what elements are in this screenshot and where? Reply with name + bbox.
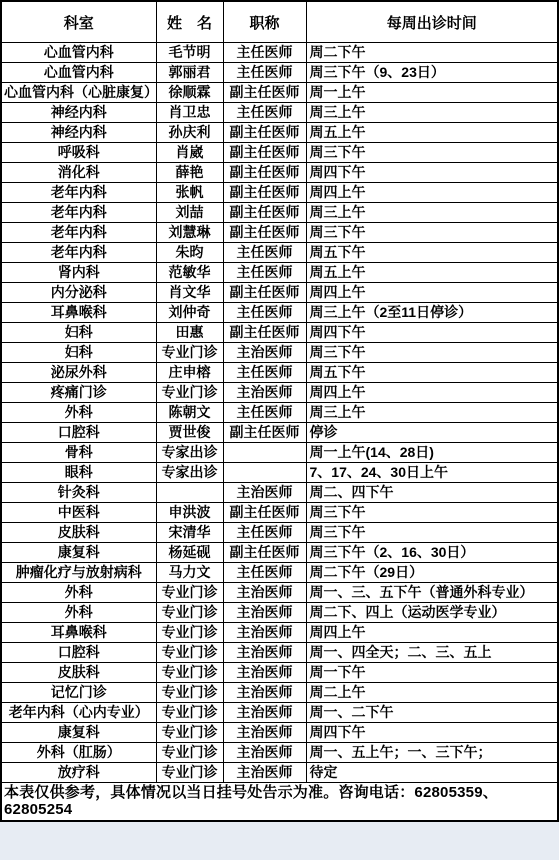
cell-department: 老年内科	[1, 183, 156, 203]
cell-schedule: 周三上午	[306, 103, 558, 123]
cell-schedule: 周三下午	[306, 223, 558, 243]
table-row: 外科（肛肠） 专业门诊 主治医师 周一、五上午；一、三下午；	[1, 743, 558, 763]
cell-title: 主治医师	[223, 343, 306, 363]
cell-schedule: 周一上午(14、28日)	[306, 443, 558, 463]
cell-schedule: 周二、四下午	[306, 483, 558, 503]
table-row: 老年内科 刘慧琳 副主任医师 周三下午	[1, 223, 558, 243]
cell-doctor-name: 专业门诊	[156, 583, 223, 603]
cell-department: 疼痛门诊	[1, 383, 156, 403]
cell-doctor-name: 马力文	[156, 563, 223, 583]
cell-schedule: 周五下午	[306, 243, 558, 263]
cell-title: 主治医师	[223, 703, 306, 723]
cell-department: 心血管内科（心脏康复）	[1, 83, 156, 103]
table-row: 疼痛门诊 专业门诊 主治医师 周四上午	[1, 383, 558, 403]
cell-doctor-name: 专业门诊	[156, 763, 223, 783]
cell-schedule: 周四上午	[306, 623, 558, 643]
cell-title: 副主任医师	[223, 543, 306, 563]
cell-department: 骨科	[1, 443, 156, 463]
table-row: 耳鼻喉科 专业门诊 主治医师 周四上午	[1, 623, 558, 643]
cell-department: 外科（肛肠）	[1, 743, 156, 763]
cell-doctor-name: 徐顺霖	[156, 83, 223, 103]
footer-note: 本表仅供参考，具体情况以当日挂号处告示为准。咨询电话：62805359、6280…	[1, 783, 558, 821]
cell-title: 主治医师	[223, 483, 306, 503]
cell-department: 老年内科（心内专业）	[1, 703, 156, 723]
cell-doctor-name: 专业门诊	[156, 683, 223, 703]
header-schedule: 每周出诊时间	[306, 1, 558, 43]
cell-title: 主治医师	[223, 603, 306, 623]
cell-doctor-name: 申洪波	[156, 503, 223, 523]
cell-department: 耳鼻喉科	[1, 303, 156, 323]
cell-department: 老年内科	[1, 223, 156, 243]
cell-title: 主任医师	[223, 563, 306, 583]
cell-title: 主治医师	[223, 583, 306, 603]
cell-schedule: 7、17、24、30日上午	[306, 463, 558, 483]
cell-department: 口腔科	[1, 643, 156, 663]
table-row: 耳鼻喉科 刘仲奇 主任医师 周三上午（2至11日停诊）	[1, 303, 558, 323]
cell-title: 副主任医师	[223, 223, 306, 243]
cell-schedule: 周二下午	[306, 43, 558, 63]
table-row: 肾内科 范敏华 主任医师 周五上午	[1, 263, 558, 283]
clinic-schedule-page: 科室 姓 名 职称 每周出诊时间 心血管内科 毛节明 主任医师 周二下午 心血管…	[0, 0, 559, 860]
cell-doctor-name: 贾世俊	[156, 423, 223, 443]
table-row: 心血管内科（心脏康复） 徐顺霖 副主任医师 周一上午	[1, 83, 558, 103]
footer-row: 本表仅供参考，具体情况以当日挂号处告示为准。咨询电话：62805359、6280…	[1, 783, 558, 821]
cell-department: 消化科	[1, 163, 156, 183]
cell-doctor-name: 孙庆利	[156, 123, 223, 143]
cell-department: 呼吸科	[1, 143, 156, 163]
table-row: 放疗科 专业门诊 主治医师 待定	[1, 763, 558, 783]
cell-schedule: 周三上午	[306, 203, 558, 223]
cell-schedule: 周三下午	[306, 523, 558, 543]
cell-schedule: 周三下午（9、23日）	[306, 63, 558, 83]
cell-title: 主治医师	[223, 683, 306, 703]
cell-doctor-name: 刘喆	[156, 203, 223, 223]
cell-schedule: 停诊	[306, 423, 558, 443]
table-row: 内分泌科 肖文华 副主任医师 周四上午	[1, 283, 558, 303]
cell-title: 副主任医师	[223, 83, 306, 103]
cell-department: 放疗科	[1, 763, 156, 783]
cell-department: 妇科	[1, 323, 156, 343]
table-row: 神经内科 肖卫忠 主任医师 周三上午	[1, 103, 558, 123]
cell-doctor-name: 肖崴	[156, 143, 223, 163]
cell-doctor-name: 范敏华	[156, 263, 223, 283]
cell-doctor-name: 田惠	[156, 323, 223, 343]
cell-schedule: 周一、五上午；一、三下午；	[306, 743, 558, 763]
cell-department: 康复科	[1, 723, 156, 743]
cell-department: 口腔科	[1, 423, 156, 443]
cell-department: 泌尿外科	[1, 363, 156, 383]
cell-department: 针灸科	[1, 483, 156, 503]
cell-schedule: 周二上午	[306, 683, 558, 703]
cell-doctor-name: 郭丽君	[156, 63, 223, 83]
cell-schedule: 周二下、四上（运动医学专业）	[306, 603, 558, 623]
cell-doctor-name: 宋清华	[156, 523, 223, 543]
table-row: 口腔科 专业门诊 主治医师 周一、四全天；二、三、五上	[1, 643, 558, 663]
table-row: 老年内科 朱昀 主任医师 周五下午	[1, 243, 558, 263]
cell-title: 副主任医师	[223, 283, 306, 303]
cell-department: 皮肤科	[1, 663, 156, 683]
cell-doctor-name: 刘慧琳	[156, 223, 223, 243]
table-row: 神经内科 孙庆利 副主任医师 周五上午	[1, 123, 558, 143]
cell-department: 老年内科	[1, 203, 156, 223]
cell-schedule: 周一下午	[306, 663, 558, 683]
table-row: 记忆门诊 专业门诊 主治医师 周二上午	[1, 683, 558, 703]
cell-title: 副主任医师	[223, 143, 306, 163]
table-row: 皮肤科 宋清华 主任医师 周三下午	[1, 523, 558, 543]
cell-doctor-name: 专业门诊	[156, 623, 223, 643]
table-row: 肿瘤化疗与放射病科 马力文 主任医师 周二下午（29日）	[1, 563, 558, 583]
cell-title: 主任医师	[223, 63, 306, 83]
table-row: 眼科 专家出诊 7、17、24、30日上午	[1, 463, 558, 483]
table-row: 泌尿外科 庄申榕 主任医师 周五下午	[1, 363, 558, 383]
cell-department: 外科	[1, 583, 156, 603]
cell-schedule: 周三上午	[306, 403, 558, 423]
cell-doctor-name: 张帆	[156, 183, 223, 203]
table-row: 骨科 专家出诊 周一上午(14、28日)	[1, 443, 558, 463]
table-row: 老年内科（心内专业） 专业门诊 主治医师 周一、二下午	[1, 703, 558, 723]
cell-department: 神经内科	[1, 103, 156, 123]
cell-department: 心血管内科	[1, 63, 156, 83]
cell-title: 主任医师	[223, 303, 306, 323]
cell-title: 主治医师	[223, 643, 306, 663]
cell-title	[223, 463, 306, 483]
cell-title: 主治医师	[223, 723, 306, 743]
cell-title: 主任医师	[223, 43, 306, 63]
cell-doctor-name: 肖卫忠	[156, 103, 223, 123]
table-row: 外科 专业门诊 主治医师 周二下、四上（运动医学专业）	[1, 603, 558, 623]
cell-schedule: 周四下午	[306, 323, 558, 343]
cell-department: 神经内科	[1, 123, 156, 143]
table-row: 妇科 专业门诊 主治医师 周三下午	[1, 343, 558, 363]
cell-title: 主治医师	[223, 623, 306, 643]
cell-schedule: 周四上午	[306, 383, 558, 403]
cell-schedule: 周五上午	[306, 123, 558, 143]
cell-schedule: 周四下午	[306, 723, 558, 743]
cell-schedule: 周三下午（2、16、30日）	[306, 543, 558, 563]
cell-department: 老年内科	[1, 243, 156, 263]
clinic-schedule-table: 科室 姓 名 职称 每周出诊时间 心血管内科 毛节明 主任医师 周二下午 心血管…	[0, 0, 559, 822]
cell-schedule: 待定	[306, 763, 558, 783]
cell-title: 主任医师	[223, 403, 306, 423]
header-department: 科室	[1, 1, 156, 43]
cell-schedule: 周一上午	[306, 83, 558, 103]
cell-doctor-name: 杨延砚	[156, 543, 223, 563]
cell-doctor-name: 专业门诊	[156, 383, 223, 403]
cell-schedule: 周四下午	[306, 163, 558, 183]
cell-title: 主任医师	[223, 103, 306, 123]
cell-title: 主治医师	[223, 743, 306, 763]
cell-schedule: 周五下午	[306, 363, 558, 383]
cell-title: 副主任医师	[223, 503, 306, 523]
cell-department: 耳鼻喉科	[1, 623, 156, 643]
cell-title: 副主任医师	[223, 323, 306, 343]
header-row: 科室 姓 名 职称 每周出诊时间	[1, 1, 558, 43]
cell-department: 外科	[1, 603, 156, 623]
cell-title: 副主任医师	[223, 423, 306, 443]
cell-schedule: 周三上午（2至11日停诊）	[306, 303, 558, 323]
cell-schedule: 周三下午	[306, 343, 558, 363]
table-row: 中医科 申洪波 副主任医师 周三下午	[1, 503, 558, 523]
cell-schedule: 周五上午	[306, 263, 558, 283]
table-row: 妇科 田惠 副主任医师 周四下午	[1, 323, 558, 343]
table-row: 康复科 专业门诊 主治医师 周四下午	[1, 723, 558, 743]
cell-title: 主任医师	[223, 523, 306, 543]
cell-doctor-name: 专业门诊	[156, 343, 223, 363]
cell-doctor-name: 肖文华	[156, 283, 223, 303]
cell-schedule: 周四上午	[306, 183, 558, 203]
cell-doctor-name: 专业门诊	[156, 743, 223, 763]
table-row: 口腔科 贾世俊 副主任医师 停诊	[1, 423, 558, 443]
cell-title: 主治医师	[223, 763, 306, 783]
cell-title: 副主任医师	[223, 123, 306, 143]
cell-title: 副主任医师	[223, 163, 306, 183]
cell-schedule: 周四上午	[306, 283, 558, 303]
table-row: 老年内科 张帆 副主任医师 周四上午	[1, 183, 558, 203]
cell-doctor-name: 专业门诊	[156, 723, 223, 743]
cell-title: 主任医师	[223, 243, 306, 263]
table-row: 心血管内科 郭丽君 主任医师 周三下午（9、23日）	[1, 63, 558, 83]
cell-schedule: 周二下午（29日）	[306, 563, 558, 583]
cell-doctor-name: 专家出诊	[156, 443, 223, 463]
cell-title: 副主任医师	[223, 183, 306, 203]
cell-doctor-name: 专业门诊	[156, 643, 223, 663]
cell-schedule: 周一、四全天；二、三、五上	[306, 643, 558, 663]
cell-doctor-name: 毛节明	[156, 43, 223, 63]
cell-department: 肾内科	[1, 263, 156, 283]
cell-doctor-name: 专业门诊	[156, 603, 223, 623]
cell-department: 皮肤科	[1, 523, 156, 543]
cell-department: 记忆门诊	[1, 683, 156, 703]
cell-title: 主治医师	[223, 383, 306, 403]
table-row: 心血管内科 毛节明 主任医师 周二下午	[1, 43, 558, 63]
cell-doctor-name: 专业门诊	[156, 703, 223, 723]
cell-doctor-name	[156, 483, 223, 503]
cell-title: 主治医师	[223, 663, 306, 683]
table-row: 外科 专业门诊 主治医师 周一、三、五下午（普通外科专业）	[1, 583, 558, 603]
cell-doctor-name: 朱昀	[156, 243, 223, 263]
cell-doctor-name: 专业门诊	[156, 663, 223, 683]
cell-department: 内分泌科	[1, 283, 156, 303]
cell-department: 心血管内科	[1, 43, 156, 63]
cell-doctor-name: 薛艳	[156, 163, 223, 183]
cell-department: 妇科	[1, 343, 156, 363]
table-row: 皮肤科 专业门诊 主治医师 周一下午	[1, 663, 558, 683]
header-doctor-name: 姓 名	[156, 1, 223, 43]
cell-title: 主任医师	[223, 363, 306, 383]
cell-doctor-name: 庄申榕	[156, 363, 223, 383]
cell-department: 康复科	[1, 543, 156, 563]
cell-title: 主任医师	[223, 263, 306, 283]
cell-schedule: 周一、二下午	[306, 703, 558, 723]
cell-schedule: 周三下午	[306, 503, 558, 523]
cell-department: 肿瘤化疗与放射病科	[1, 563, 156, 583]
cell-schedule: 周三下午	[306, 143, 558, 163]
table-row: 康复科 杨延砚 副主任医师 周三下午（2、16、30日）	[1, 543, 558, 563]
table-row: 针灸科 主治医师 周二、四下午	[1, 483, 558, 503]
cell-department: 中医科	[1, 503, 156, 523]
table-row: 消化科 薛艳 副主任医师 周四下午	[1, 163, 558, 183]
table-row: 呼吸科 肖崴 副主任医师 周三下午	[1, 143, 558, 163]
cell-schedule: 周一、三、五下午（普通外科专业）	[306, 583, 558, 603]
cell-doctor-name: 刘仲奇	[156, 303, 223, 323]
cell-title	[223, 443, 306, 463]
cell-department: 外科	[1, 403, 156, 423]
cell-doctor-name: 陈朝文	[156, 403, 223, 423]
cell-doctor-name: 专家出诊	[156, 463, 223, 483]
header-title: 职称	[223, 1, 306, 43]
cell-department: 眼科	[1, 463, 156, 483]
table-row: 外科 陈朝文 主任医师 周三上午	[1, 403, 558, 423]
cell-title: 副主任医师	[223, 203, 306, 223]
table-row: 老年内科 刘喆 副主任医师 周三上午	[1, 203, 558, 223]
table-body: 心血管内科 毛节明 主任医师 周二下午 心血管内科 郭丽君 主任医师 周三下午（…	[1, 43, 558, 783]
